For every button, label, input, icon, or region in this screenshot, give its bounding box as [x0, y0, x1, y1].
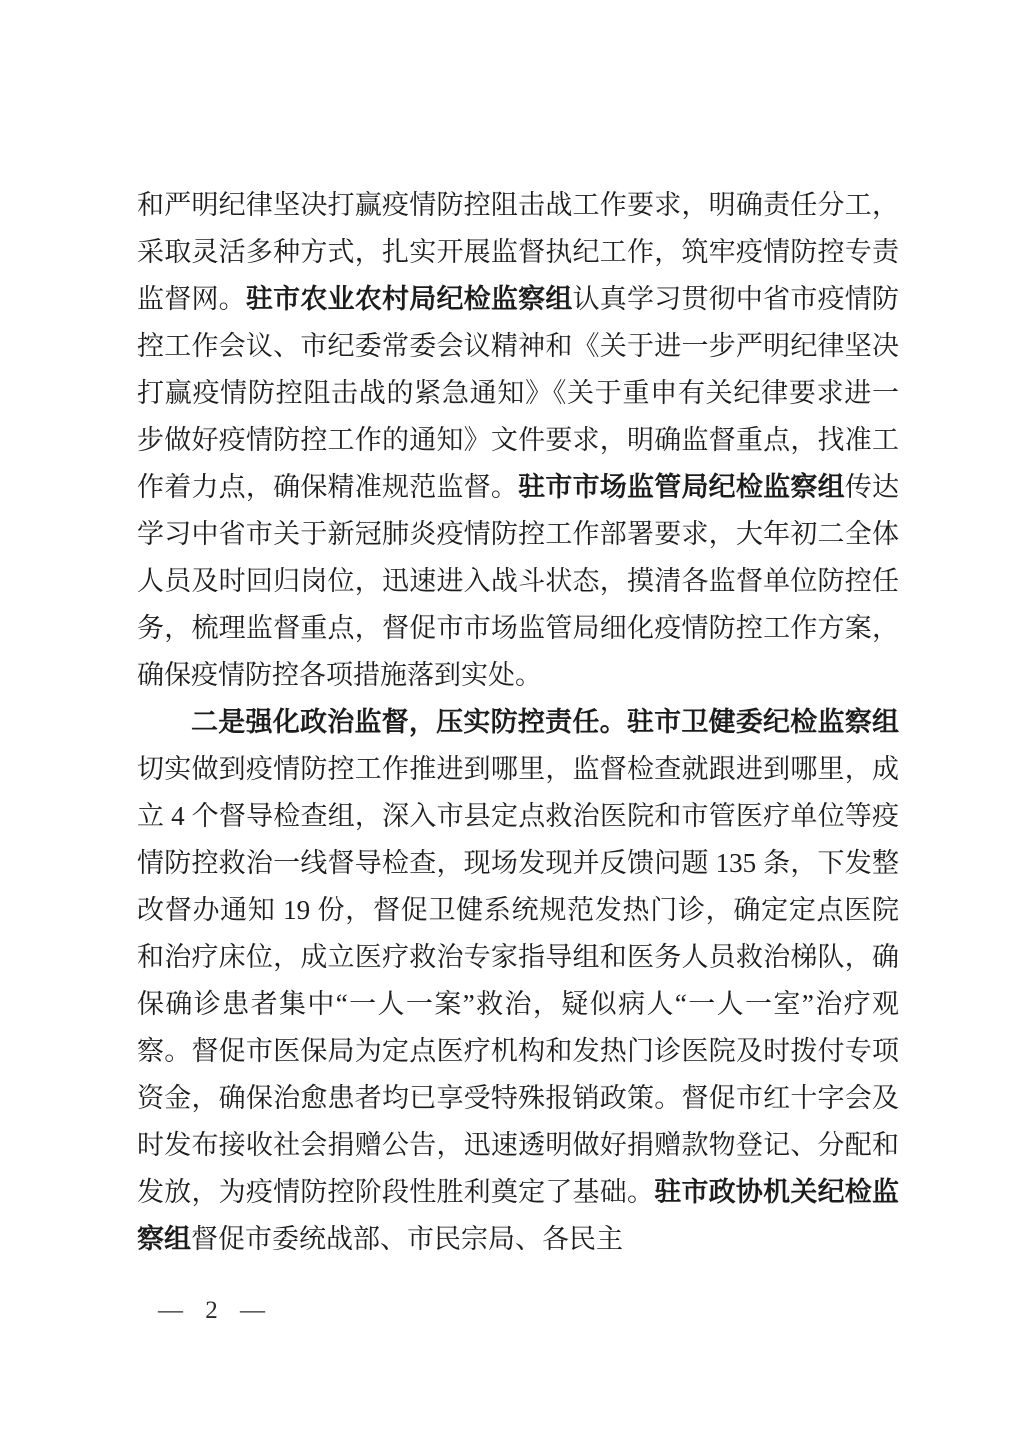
page-number: — 2 — [158, 1296, 273, 1326]
body-text: 认真学习贯彻中省市疫情防控工作会议、市纪委常委会议精神和《关于进一步严明纪律坚决… [137, 284, 899, 502]
org-name-bold: 驻市农业农村局纪检监察组 [246, 284, 573, 314]
body-text: 传达学习中省市关于新冠肺炎疫情防控工作部署要求，大年初二全体人员及时回归岗位，迅… [137, 472, 899, 690]
org-name-bold: 驻市卫健委纪检监察组 [627, 707, 899, 737]
document-page: 和严明纪律坚决打赢疫情防控阻击战工作要求，明确责任分工，采取灵活多种方式，扎实开… [0, 0, 1024, 1448]
paragraph-1: 和严明纪律坚决打赢疫情防控阻击战工作要求，明确责任分工，采取灵活多种方式，扎实开… [137, 182, 899, 699]
body-text: 督促市委统战部、市民宗局、各民主 [191, 1224, 623, 1254]
org-name-bold: 驻市市场监管局纪检监察组 [518, 472, 845, 502]
document-body: 和严明纪律坚决打赢疫情防控阻击战工作要求，明确责任分工，采取灵活多种方式，扎实开… [137, 182, 899, 1263]
section-lead-bold: 二是强化政治监督，压实防控责任。 [191, 707, 627, 737]
body-text: 切实做到疫情防控工作推进到哪里，监督检查就跟进到哪里，成立 4 个督导检查组，深… [137, 754, 899, 1207]
paragraph-2: 二是强化政治监督，压实防控责任。驻市卫健委纪检监察组切实做到疫情防控工作推进到哪… [137, 699, 899, 1263]
